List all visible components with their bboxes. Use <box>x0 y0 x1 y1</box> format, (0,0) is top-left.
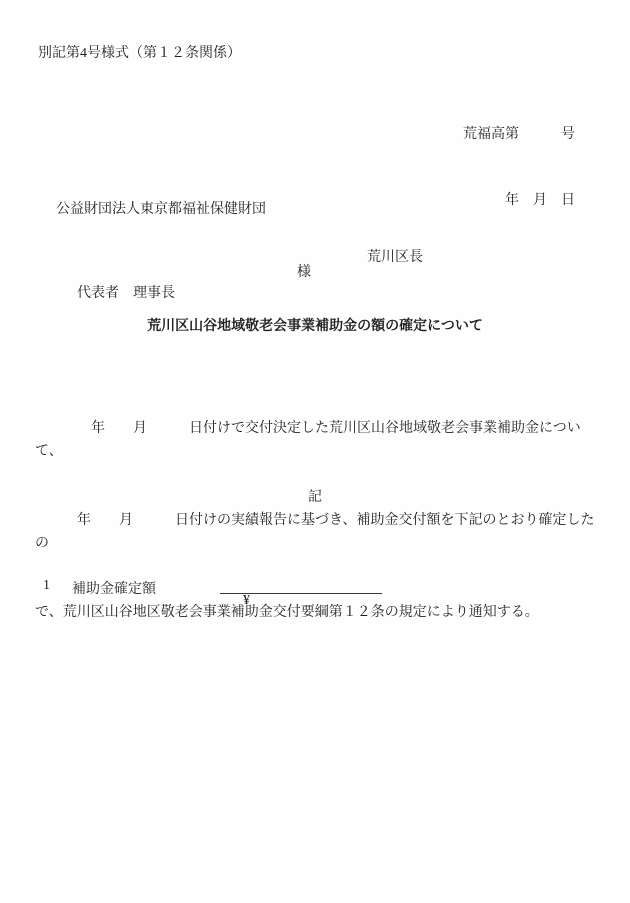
sender-name: 荒川区長 <box>367 246 423 266</box>
document-number-line: 荒福高第 号 <box>463 124 575 146</box>
body-line-2: 年 月 日付けの実績報告に基づき、補助金交付額を下記のとおり確定したの <box>35 509 607 555</box>
item-row-amount: 1 補助金確定額 ¥ <box>0 578 630 598</box>
item-label: 補助金確定額 <box>72 578 156 598</box>
item-number: 1 <box>43 578 50 594</box>
addressee-block: 公益財団法人東京都福祉保健財団 代表者 理事長 様 <box>56 157 266 388</box>
body-line-1: 年 月 日付けで交付決定した荒川区山谷地域敬老会事業補助金について、 <box>35 417 607 463</box>
body-line-3: で、荒川区山谷地区敬老会事業補助金交付要綱第１２条の規定により通知する。 <box>35 601 607 624</box>
form-label: 別記第4号様式（第１２条関係） <box>38 42 241 62</box>
document-page: 別記第4号様式（第１２条関係） 荒福高第 号 年 月 日 公益財団法人東京都福祉… <box>0 0 630 903</box>
addressee-representative: 代表者 理事長 <box>77 286 175 301</box>
yen-symbol: ¥ <box>243 593 250 608</box>
date-line: 年 月 日 <box>463 190 575 212</box>
body-paragraph: 年 月 日付けで交付決定した荒川区山谷地域敬老会事業補助金について、 年 月 日… <box>35 371 607 670</box>
amount-underline-field: ¥ <box>220 577 382 594</box>
document-title: 荒川区山谷地域敬老会事業補助金の額の確定について <box>0 315 630 335</box>
addressee-honorific: 様 <box>297 262 311 283</box>
addressee-organization: 公益財団法人東京都福祉保健財団 <box>56 199 266 220</box>
document-number-block: 荒福高第 号 年 月 日 <box>463 80 575 256</box>
ki-marker: 記 <box>0 486 630 506</box>
